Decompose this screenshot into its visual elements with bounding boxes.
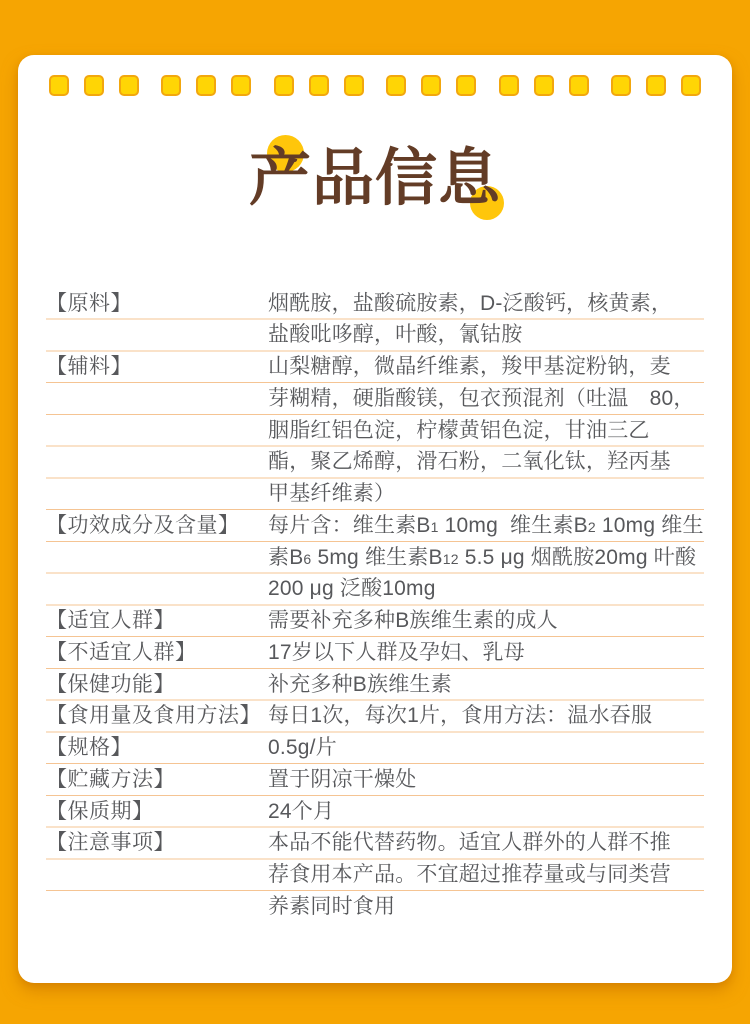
- value-line: 酯，聚乙烯醇，滑石粉，二氧化钛，羟丙基: [268, 446, 704, 478]
- table-row: 【辅料】山梨糖醇，微晶纤维素，羧甲基淀粉钠，麦芽糊精，硬脂酸镁，包衣预混剂（吐温…: [46, 351, 704, 510]
- table-row: 【功效成分及含量】每片含：维生素B1 10mg 维生素B2 10mg 维生素B6…: [46, 510, 704, 605]
- table-row: 【食用量及食用方法】每日1次，每次1片，食用方法：温水吞服: [46, 700, 704, 732]
- table-row: 【适宜人群】需要补充多种B族维生素的成人: [46, 605, 704, 637]
- table-row: 【注意事项】本品不能代替药物。适宜人群外的人群不推荐食用本产品。不宜超过推荐量或…: [46, 827, 704, 922]
- title-block: 产品信息: [18, 55, 732, 285]
- value-line: 补充多种B族维生素: [268, 669, 704, 701]
- row-value: 置于阴凉干燥处: [268, 764, 704, 796]
- row-value: 每日1次，每次1片，食用方法：温水吞服: [268, 700, 704, 732]
- value-line: 山梨糖醇，微晶纤维素，羧甲基淀粉钠，麦: [268, 351, 704, 383]
- row-label: 【适宜人群】: [46, 605, 268, 637]
- row-label: 【功效成分及含量】: [46, 510, 268, 542]
- row-label: 【食用量及食用方法】: [46, 700, 268, 732]
- value-line: 烟酰胺，盐酸硫胺素，D-泛酸钙，核黄素，: [268, 288, 704, 320]
- value-line: 24个月: [268, 796, 704, 828]
- vitamin-subscript: 12: [443, 551, 459, 567]
- value-text: 素B: [268, 546, 303, 569]
- table-row: 【保质期】24个月: [46, 796, 704, 828]
- row-label: 【贮藏方法】: [46, 764, 268, 796]
- row-value: 山梨糖醇，微晶纤维素，羧甲基淀粉钠，麦芽糊精，硬脂酸镁，包衣预混剂（吐温 80，…: [268, 351, 704, 510]
- value-line: 需要补充多种B族维生素的成人: [268, 605, 704, 637]
- page-title: 产品信息: [18, 139, 732, 219]
- row-label: 【保健功能】: [46, 669, 268, 701]
- value-line: 置于阴凉干燥处: [268, 764, 704, 796]
- value-text: 10mg 维生: [596, 514, 704, 537]
- row-value: 0.5g/片: [268, 732, 704, 764]
- value-line: 素B6 5mg 维生素B12 5.5 μg 烟酰胺20mg 叶酸: [268, 542, 704, 574]
- value-line: 荐食用本产品。不宜超过推荐量或与同类营: [268, 859, 704, 891]
- value-line: 每日1次，每次1片，食用方法：温水吞服: [268, 700, 704, 732]
- table-row: 【保健功能】补充多种B族维生素: [46, 669, 704, 701]
- row-value: 需要补充多种B族维生素的成人: [268, 605, 704, 637]
- value-line: 胭脂红铝色淀，柠檬黄铝色淀，甘油三乙: [268, 415, 704, 447]
- value-line: 每片含：维生素B1 10mg 维生素B2 10mg 维生: [268, 510, 704, 542]
- info-card: 产品信息 【原料】烟酰胺，盐酸硫胺素，D-泛酸钙，核黄素，盐酸吡哆醇，叶酸，氰钴…: [18, 55, 732, 983]
- value-line: 0.5g/片: [268, 732, 704, 764]
- row-value: 烟酰胺，盐酸硫胺素，D-泛酸钙，核黄素，盐酸吡哆醇，叶酸，氰钴胺: [268, 288, 704, 352]
- row-value: 24个月: [268, 796, 704, 828]
- vitamin-subscript: 1: [431, 519, 439, 535]
- vitamin-subscript: 2: [588, 519, 596, 535]
- row-value: 本品不能代替药物。适宜人群外的人群不推荐食用本产品。不宜超过推荐量或与同类营养素…: [268, 827, 704, 922]
- row-label: 【原料】: [46, 288, 268, 320]
- row-value: 17岁以下人群及孕妇、乳母: [268, 637, 704, 669]
- row-label: 【辅料】: [46, 351, 268, 383]
- value-text: 每片含：维生素B: [268, 514, 431, 537]
- row-value: 每片含：维生素B1 10mg 维生素B2 10mg 维生素B6 5mg 维生素B…: [268, 510, 704, 605]
- table-row: 【贮藏方法】置于阴凉干燥处: [46, 764, 704, 796]
- row-label: 【保质期】: [46, 796, 268, 828]
- value-line: 200 μg 泛酸10mg: [268, 573, 704, 605]
- table-row: 【不适宜人群】17岁以下人群及孕妇、乳母: [46, 637, 704, 669]
- value-line: 芽糊精，硬脂酸镁，包衣预混剂（吐温 80，: [268, 383, 704, 415]
- value-line: 17岁以下人群及孕妇、乳母: [268, 637, 704, 669]
- value-text: 10mg 维生素B: [439, 514, 588, 537]
- row-value: 补充多种B族维生素: [268, 669, 704, 701]
- row-label: 【不适宜人群】: [46, 637, 268, 669]
- value-line: 盐酸吡哆醇，叶酸，氰钴胺: [268, 319, 704, 351]
- value-text: 5mg 维生素B: [311, 546, 442, 569]
- table-row: 【原料】烟酰胺，盐酸硫胺素，D-泛酸钙，核黄素，盐酸吡哆醇，叶酸，氰钴胺: [46, 288, 704, 352]
- value-line: 本品不能代替药物。适宜人群外的人群不推: [268, 827, 704, 859]
- value-line: 甲基纤维素）: [268, 478, 704, 510]
- product-info-table: 【原料】烟酰胺，盐酸硫胺素，D-泛酸钙，核黄素，盐酸吡哆醇，叶酸，氰钴胺【辅料】…: [46, 288, 704, 923]
- row-label: 【注意事项】: [46, 827, 268, 859]
- value-text: 5.5 μg 烟酰胺20mg 叶酸: [459, 546, 696, 569]
- row-label: 【规格】: [46, 732, 268, 764]
- table-row: 【规格】0.5g/片: [46, 732, 704, 764]
- value-line: 养素同时食用: [268, 891, 704, 923]
